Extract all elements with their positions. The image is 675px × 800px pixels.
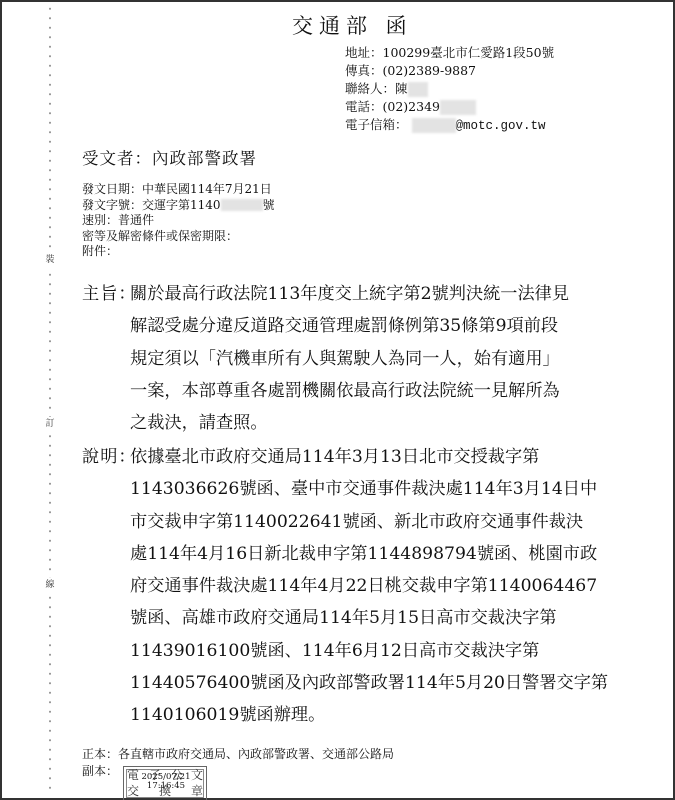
explanation-line: 11440576400號函及內政部警政署114年5月20日警署交字第: [130, 667, 608, 699]
stamp-char: 交: [126, 784, 140, 798]
address: 地址：100299臺北市仁愛路1段50號: [345, 44, 554, 62]
phone-label: 電話：(02)2349: [345, 99, 440, 114]
redacted-email-user: [412, 118, 456, 133]
email-label: 電子信箱：: [345, 117, 408, 132]
subject-line: 解認受處分違反道路交通管理處罰條例第35條第9項前段: [130, 310, 569, 342]
contact-person-label: 聯絡人：陳: [345, 81, 408, 96]
security-level: 密等及解密條件或保密期限：: [82, 229, 275, 245]
binding-dotted-line: [49, 4, 51, 796]
explanation-line: 號函、高雄市政府交通局114年5月15日高市交裁決字第: [130, 602, 608, 634]
explanation-label: 說明：: [82, 441, 137, 473]
attachment: 附件：: [82, 244, 275, 260]
explanation-line: 1140106019號函辦理。: [130, 699, 608, 731]
recipient: 受文者：內政部警政署: [82, 145, 257, 169]
issue-date: 發文日期：中華民國114年7月21日: [82, 182, 275, 198]
document-page: 裝 訂 線 交通部 函 地址：100299臺北市仁愛路1段50號 傳真：(02)…: [0, 0, 675, 800]
stamp-timestamp: 2025/07/21 17:16:45: [140, 773, 192, 791]
explanation-line: 11439016100號函、114年6月12日高市交裁決字第: [130, 635, 608, 667]
electronic-exchange-stamp: 電 子 公 文 交 換 章 2025/07/21 17:16:45: [123, 766, 207, 800]
binding-mark-xian: 線: [44, 578, 56, 592]
original-recipients: 正本：各直轄市政府交通局、內政部警政署、交通部公路局: [82, 746, 394, 763]
speed: 速別：普通件: [82, 213, 275, 229]
explanation-line: 府交通事件裁決處114年4月22日桃交裁申字第1140064467: [130, 570, 608, 602]
redacted-reference: [221, 199, 263, 211]
meta-block: 發文日期：中華民國114年7月21日 發文字號：交運字第1140號 速別：普通件…: [82, 182, 275, 260]
phone: 電話：(02)2349: [345, 98, 554, 116]
binding-mark-zhuang: 裝: [44, 253, 56, 267]
contact-block: 地址：100299臺北市仁愛路1段50號 傳真：(02)2389-9887 聯絡…: [345, 44, 554, 134]
reference-prefix: 發文字號：交運字第1140: [82, 198, 221, 212]
binding-mark-ding: 訂: [44, 417, 56, 431]
explanation-text: 依據臺北市政府交通局114年3月13日北市交授裁字第 1143036626號函、…: [130, 441, 608, 732]
subject-line: 關於最高行政法院113年度交上統字第2號判決統一法律見: [130, 278, 569, 310]
document-title: 交通部 函: [292, 10, 413, 40]
fax: 傳真：(02)2389-9887: [345, 62, 554, 80]
subject-text: 關於最高行政法院113年度交上統字第2號判決統一法律見 解認受處分違反道路交通管…: [130, 278, 569, 439]
explanation-line: 市交裁申字第1140022641號函、新北市政府交通事件裁決: [130, 506, 608, 538]
subject-line: 規定須以「汽機車所有人與駕駛人為同一人，始有適用」: [130, 343, 569, 375]
stamp-char: 文: [190, 768, 204, 782]
explanation-line: 依據臺北市政府交通局114年3月13日北市交授裁字第: [130, 441, 608, 473]
stamp-char: 章: [190, 784, 204, 798]
redacted-phone: [440, 100, 476, 115]
stamp-time: 17:16:45: [140, 782, 192, 791]
subject-line: 一案，本部尊重各處罰機關依最高行政法院統一見解所為: [130, 375, 569, 407]
email: 電子信箱：@motc.gov.tw: [345, 116, 554, 134]
reference-number: 發文字號：交運字第1140號: [82, 198, 275, 214]
explanation-line: 1143036626號函、臺中市交通事件裁決處114年3月14日中: [130, 473, 608, 505]
redacted-name: [408, 82, 428, 97]
subject-label: 主旨：: [82, 278, 137, 310]
reference-suffix: 號: [263, 198, 275, 212]
email-domain: @motc.gov.tw: [456, 119, 546, 133]
subject-line: 之裁決，請查照。: [130, 407, 569, 439]
stamp-char: 電: [126, 768, 140, 782]
contact-person: 聯絡人：陳: [345, 80, 554, 98]
explanation-line: 處114年4月16日新北裁申字第1144898794號函、桃園市政: [130, 538, 608, 570]
